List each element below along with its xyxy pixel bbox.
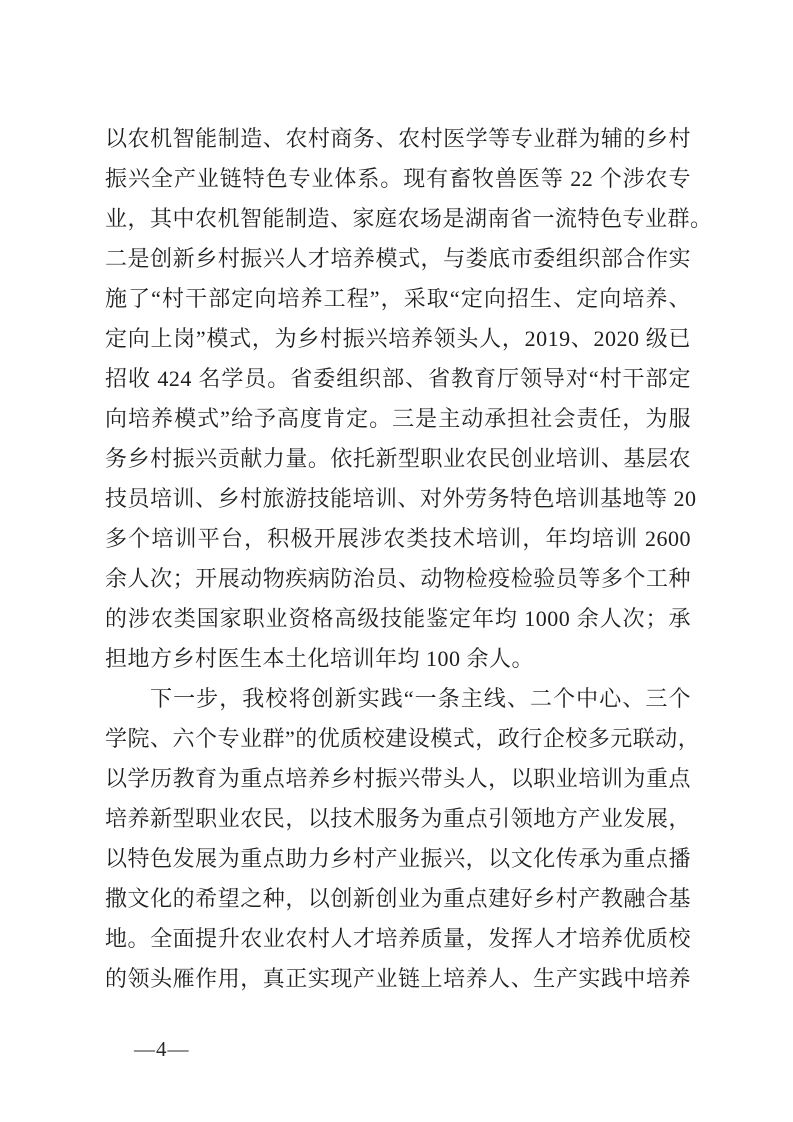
text-line: 培养新型职业农民，以技术服务为重点引领地方产业发展， bbox=[105, 799, 691, 839]
text-line: 招收 424 名学员。省委组织部、省教育厅领导对“村干部定 bbox=[105, 359, 691, 399]
text-line: 二是创新乡村振兴人才培养模式，与娄底市委组织部合作实 bbox=[105, 239, 691, 279]
text-line: 以学历教育为重点培养乡村振兴带头人，以职业培训为重点 bbox=[105, 759, 691, 799]
text-line: 的涉农类国家职业资格高级技能鉴定年均 1000 余人次；承 bbox=[105, 599, 691, 639]
text-line: 技员培训、乡村旅游技能培训、对外劳务特色培训基地等 20 bbox=[105, 479, 691, 519]
text-line: 振兴全产业链特色专业体系。现有畜牧兽医等 22 个涉农专 bbox=[105, 159, 691, 199]
text-line: 的领头雁作用，真正实现产业链上培养人、生产实践中培养 bbox=[105, 959, 691, 999]
text-line: 向培养模式”给予高度肯定。三是主动承担社会责任，为服 bbox=[105, 399, 691, 439]
text-line: 地。全面提升农业农村人才培养质量，发挥人才培养优质校 bbox=[105, 919, 691, 959]
text-line-paragraph-start: 下一步，我校将创新实践“一条主线、二个中心、三个 bbox=[105, 679, 691, 719]
document-page: 以农机智能制造、农村商务、农村医学等专业群为辅的乡村 振兴全产业链特色专业体系。… bbox=[0, 0, 793, 1122]
page-number: —4— bbox=[134, 1036, 190, 1062]
text-line: 定向上岗”模式，为乡村振兴培养领头人，2019、2020 级已 bbox=[105, 319, 691, 359]
text-line: 以特色发展为重点助力乡村产业振兴，以文化传承为重点播 bbox=[105, 839, 691, 879]
text-line: 业，其中农机智能制造、家庭农场是湖南省一流特色专业群。 bbox=[105, 199, 691, 239]
text-line: 以农机智能制造、农村商务、农村医学等专业群为辅的乡村 bbox=[105, 119, 691, 159]
document-body: 以农机智能制造、农村商务、农村医学等专业群为辅的乡村 振兴全产业链特色专业体系。… bbox=[105, 119, 691, 999]
text-line-paragraph-end: 担地方乡村医生本土化培训年均 100 余人。 bbox=[105, 639, 691, 679]
text-line: 施了“村干部定向培养工程”，采取“定向招生、定向培养、 bbox=[105, 279, 691, 319]
text-line: 学院、六个专业群”的优质校建设模式，政行企校多元联动， bbox=[105, 719, 691, 759]
text-line: 余人次；开展动物疾病防治员、动物检疫检验员等多个工种 bbox=[105, 559, 691, 599]
text-line: 务乡村振兴贡献力量。依托新型职业农民创业培训、基层农 bbox=[105, 439, 691, 479]
text-line: 撒文化的希望之种，以创新创业为重点建好乡村产教融合基 bbox=[105, 879, 691, 919]
text-line: 多个培训平台，积极开展涉农类技术培训，年均培训 2600 bbox=[105, 519, 691, 559]
